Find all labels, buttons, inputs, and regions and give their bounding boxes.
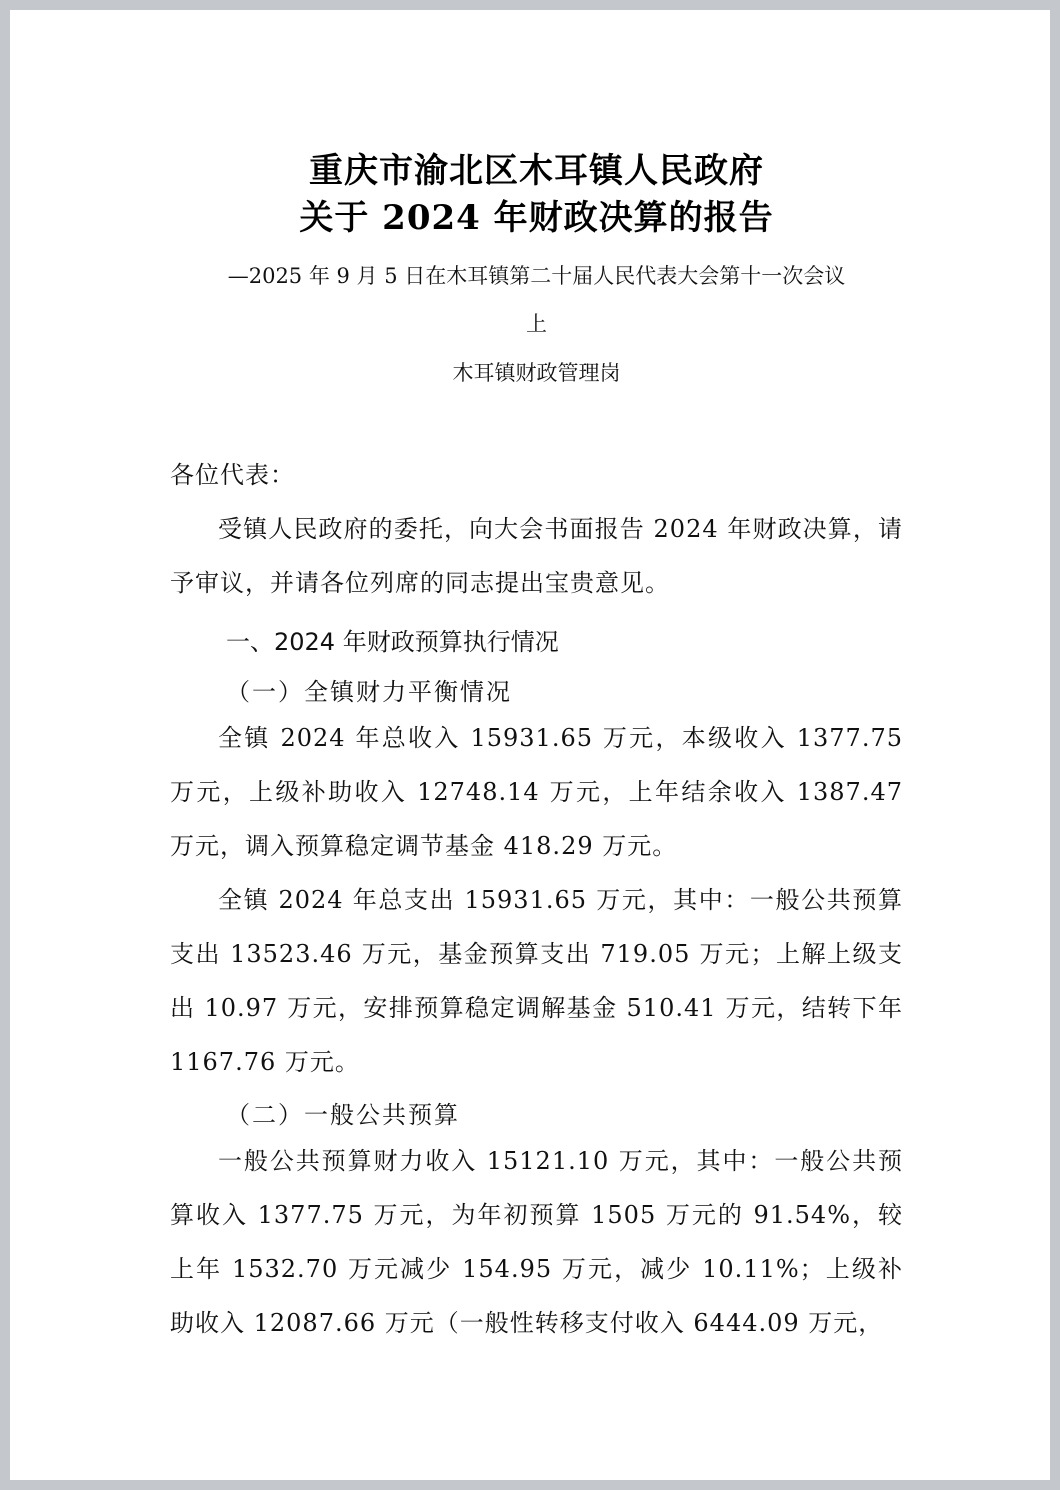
subsection-1-body: 全镇 2024 年总收入 15931.65 万元，本级收入 1377.75 万元… <box>170 711 903 1089</box>
expenditure-paragraph: 全镇 2024 年总支出 15931.65 万元，其中：一般公共预算支出 135… <box>170 873 903 1089</box>
report-title-line-2: 关于 2024 年财政决算的报告 <box>170 190 903 239</box>
report-title-line-1: 重庆市渝北区木耳镇人民政府 <box>170 143 903 192</box>
report-author: 木耳镇财政管理岗 <box>170 357 903 387</box>
subsection-2-body: 一般公共预算财力收入 15121.10 万元，其中：一般公共预算收入 1377.… <box>170 1134 903 1350</box>
intro-paragraph: 受镇人民政府的委托，向大会书面报告 2024 年财政决算，请予审议，并请各位列席… <box>170 502 903 610</box>
general-budget-paragraph: 一般公共预算财力收入 15121.10 万元，其中：一般公共预算收入 1377.… <box>170 1134 903 1350</box>
salutation-block: 各位代表： 受镇人民政府的委托，向大会书面报告 2024 年财政决算，请予审议，… <box>170 448 903 610</box>
revenue-paragraph: 全镇 2024 年总收入 15931.65 万元，本级收入 1377.75 万元… <box>170 711 903 873</box>
meeting-subtitle: —2025 年 9 月 5 日在木耳镇第二十届人民代表大会第十一次会议 <box>170 260 903 290</box>
section-1-heading: 一、2024 年财政预算执行情况 <box>226 622 559 657</box>
subsection-1-heading: （一）全镇财力平衡情况 <box>226 672 512 707</box>
meeting-subtitle-continued: 上 <box>170 308 903 338</box>
document-page: 重庆市渝北区木耳镇人民政府 关于 2024 年财政决算的报告 —2025 年 9… <box>10 10 1050 1480</box>
salutation: 各位代表： <box>170 448 903 502</box>
subsection-2-heading: （二）一般公共预算 <box>226 1095 460 1130</box>
